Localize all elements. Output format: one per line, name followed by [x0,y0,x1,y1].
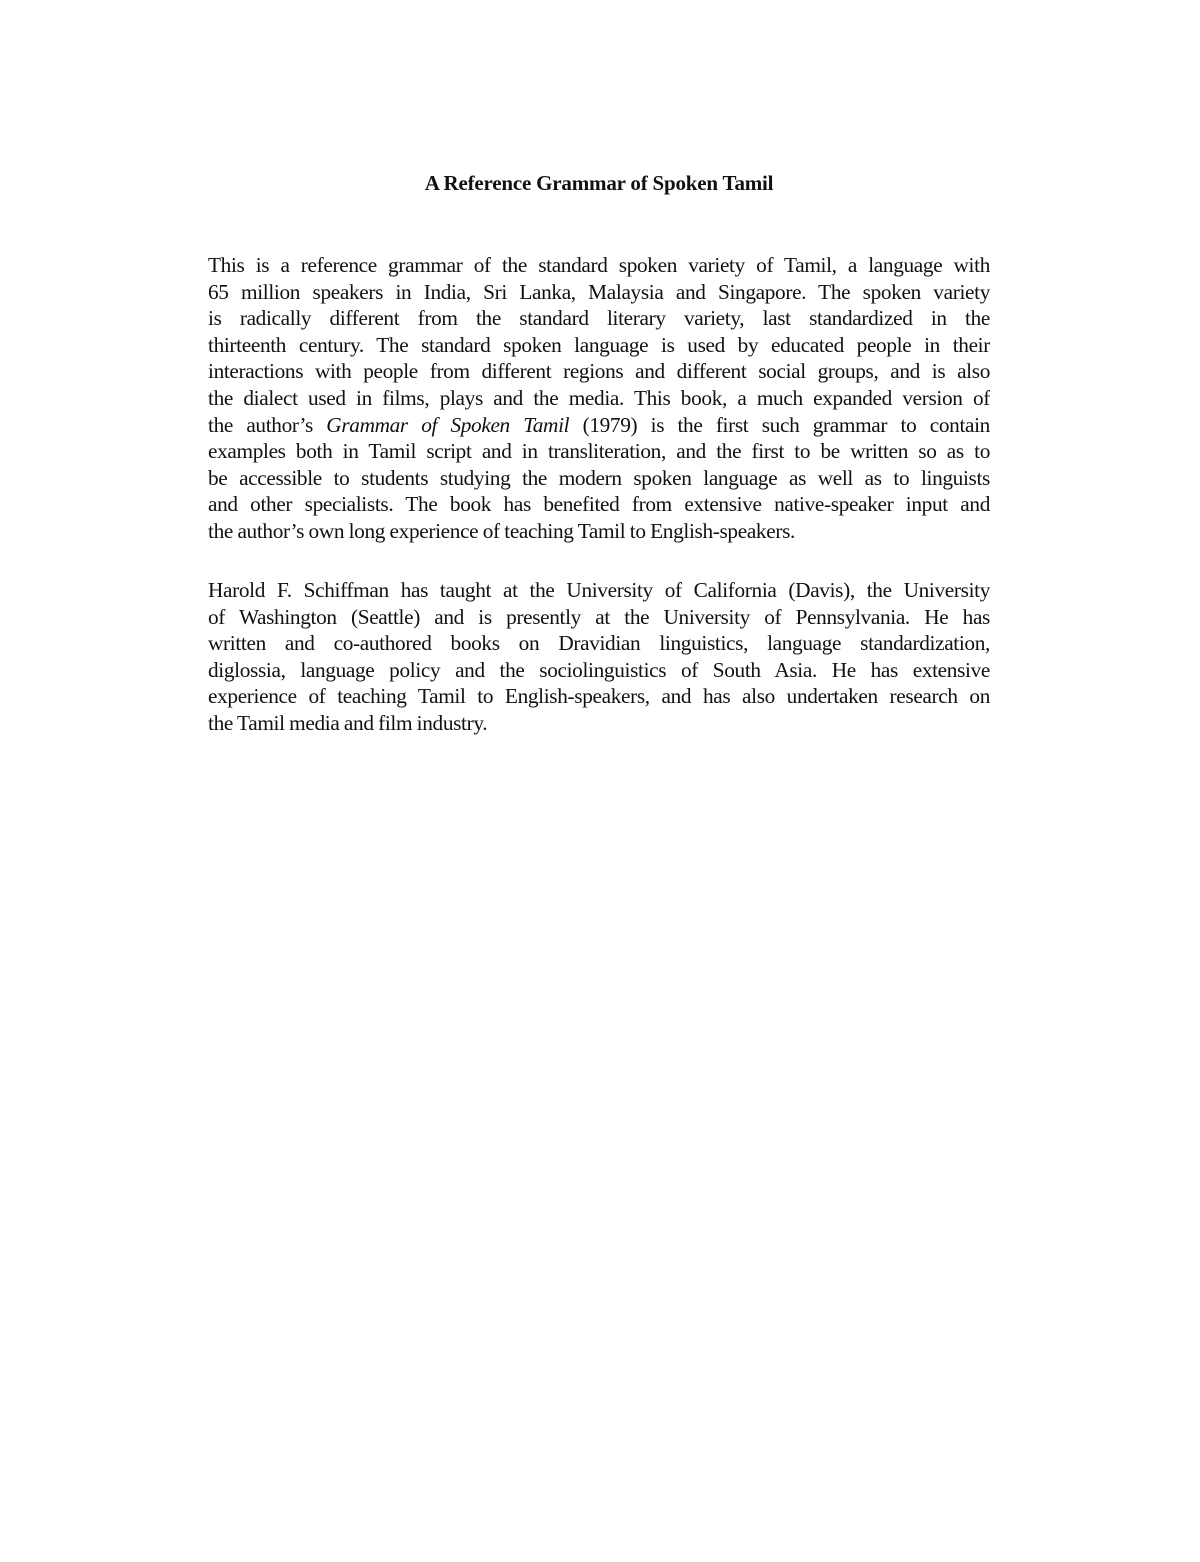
author-bio-paragraph: Harold F. Schiffman has taught at the Un… [208,577,990,737]
text-line: the Tamil media and film industry. [208,710,990,737]
text-line: diglossia, language policy and the socio… [208,657,990,684]
text-line: 65 million speakers in India, Sri Lanka,… [208,279,990,306]
text-line-with-italic-title: the author’s Grammar of Spoken Tamil (19… [208,412,990,439]
text-line: of Washington (Seattle) and is presently… [208,604,990,631]
text-line: experience of teaching Tamil to English-… [208,683,990,710]
text-line: the author’s own long experience of teac… [208,518,990,545]
text-line: and other specialists. The book has bene… [208,491,990,518]
text-line: be accessible to students studying the m… [208,465,990,492]
italic-book-title: Grammar of Spoken Tamil [326,413,569,437]
book-title: A Reference Grammar of Spoken Tamil [208,171,990,196]
text-line: Harold F. Schiffman has taught at the Un… [208,577,990,604]
text-line: interactions with people from different … [208,358,990,385]
text-segment: the author’s [208,413,326,437]
text-line: examples both in Tamil script and in tra… [208,438,990,465]
text-line: thirteenth century. The standard spoken … [208,332,990,359]
book-description-paragraph: This is a reference grammar of the stand… [208,252,990,545]
text-line: written and co-authored books on Dravidi… [208,630,990,657]
text-line: is radically different from the standard… [208,305,990,332]
text-line: the dialect used in films, plays and the… [208,385,990,412]
text-segment: (1979) is the first such grammar to cont… [569,413,990,437]
text-line: This is a reference grammar of the stand… [208,252,990,279]
